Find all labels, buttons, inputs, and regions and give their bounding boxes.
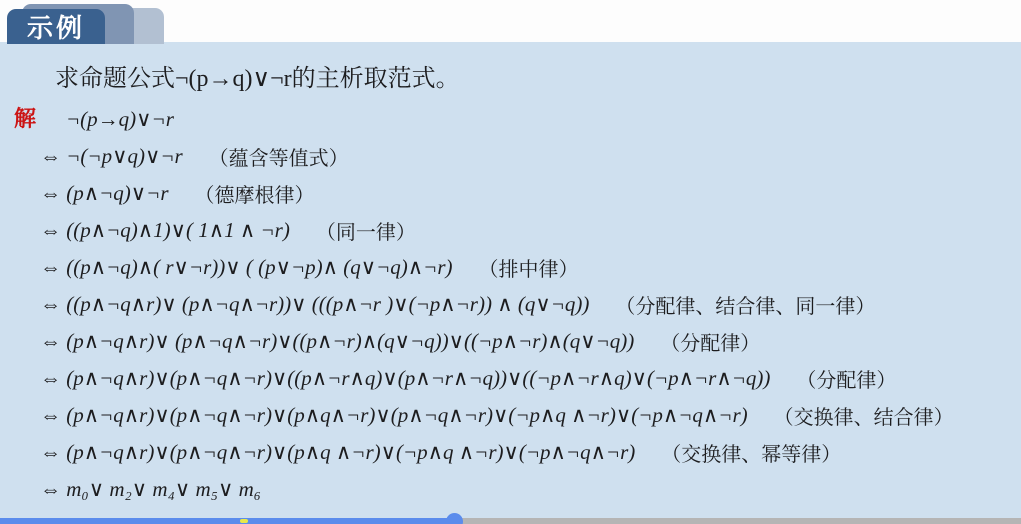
step-law-annotation: （蕴含等值式）	[209, 142, 349, 171]
step-formula: ⇔ ((p∧¬q)∧( r∨¬r))∨ ( (p∨¬p)∧ (q∨¬q)∧¬r)	[40, 255, 453, 280]
step-law-annotation: （分配律）	[660, 327, 760, 356]
progress-fill	[0, 518, 454, 524]
step-formula: ⇔ ((p∧¬q)∧1)∨( 1∧1 ∧ ¬r)	[40, 218, 290, 243]
step-law-annotation: （德摩根律）	[195, 179, 315, 208]
derivation-steps: ⇔ ¬(¬p∨q)∨¬r （蕴含等值式） ⇔ (p∧¬q)∨¬r （德摩根律） …	[0, 138, 1021, 508]
step-formula: ⇔ (p∧¬q∧r)∨(p∧¬q∧¬r)∨((p∧¬r∧q)∨(p∧¬r∧¬q)…	[40, 366, 770, 391]
step-formula: ⇔ (p∧¬q∧r)∨(p∧¬q∧¬r)∨(p∧q ∧¬r)∨(¬p∧q ∧¬r…	[40, 440, 635, 465]
solution-label: 解	[14, 102, 36, 133]
slide-title: 示例	[27, 8, 85, 45]
step-law-annotation: （交换律、幂等律）	[661, 438, 841, 467]
step-law-annotation: （排中律）	[479, 253, 579, 282]
derivation-step: ⇔ ¬(¬p∨q)∨¬r （蕴含等值式）	[0, 138, 1021, 175]
slide: 示例 求命题公式¬(p→q)∨¬r的主析取范式。 解 ¬(p→q)∨¬r ⇔ ¬…	[0, 0, 1021, 524]
progress-marker	[240, 519, 248, 523]
solution-initial-formula: ¬(p→q)∨¬r	[66, 107, 174, 132]
slide-body: 求命题公式¬(p→q)∨¬r的主析取范式。 解 ¬(p→q)∨¬r ⇔ ¬(¬p…	[0, 42, 1021, 524]
derivation-step: ⇔ (p∧¬q∧r)∨(p∧¬q∧¬r)∨(p∧q∧¬r)∨(p∧¬q∧¬r)∨…	[0, 397, 1021, 434]
derivation-step: ⇔ ((p∧¬q)∧( r∨¬r))∨ ( (p∨¬p)∧ (q∨¬q)∧¬r)…	[0, 249, 1021, 286]
step-law-annotation: （交换律、结合律）	[774, 401, 954, 430]
step-formula: ⇔ ((p∧¬q∧r)∨ (p∧¬q∧¬r))∨ (((p∧¬r )∨(¬p∧¬…	[40, 292, 589, 317]
derivation-step: ⇔ (p∧¬q∧r)∨ (p∧¬q∧¬r)∨((p∧¬r)∧(q∨¬q))∨((…	[0, 323, 1021, 360]
derivation-step: ⇔ ((p∧¬q∧r)∨ (p∧¬q∧¬r))∨ (((p∧¬r )∨(¬p∧¬…	[0, 286, 1021, 323]
derivation-step: ⇔ ((p∧¬q)∧1)∨( 1∧1 ∧ ¬r) （同一律）	[0, 212, 1021, 249]
derivation-step: ⇔ (p∧¬q∧r)∨(p∧¬q∧¬r)∨(p∧q ∧¬r)∨(¬p∧q ∧¬r…	[0, 434, 1021, 471]
derivation-step: ⇔ m₀∨ m₂∨ m₄∨ m₅∨ m₆	[0, 471, 1021, 508]
problem-statement: 求命题公式¬(p→q)∨¬r的主析取范式。	[55, 58, 1021, 93]
step-law-annotation: （分配律）	[796, 364, 896, 393]
step-law-annotation: （同一律）	[316, 216, 416, 245]
step-formula: ⇔ (p∧¬q∧r)∨ (p∧¬q∧¬r)∨((p∧¬r)∧(q∨¬q))∨((…	[40, 329, 634, 354]
derivation-step: ⇔ (p∧¬q)∨¬r （德摩根律）	[0, 175, 1021, 212]
step-law-annotation: （分配律、结合律、同一律）	[615, 290, 875, 319]
step-formula: ⇔ (p∧¬q∧r)∨(p∧¬q∧¬r)∨(p∧q∧¬r)∨(p∧¬q∧¬r)∨…	[40, 403, 748, 428]
step-formula: ⇔ (p∧¬q)∨¬r	[40, 181, 169, 206]
step-formula: ⇔ m₀∨ m₂∨ m₄∨ m₅∨ m₆	[40, 477, 261, 502]
video-progress-bar[interactable]	[0, 518, 1021, 524]
solution-row: 解 ¬(p→q)∨¬r	[0, 102, 1021, 136]
slide-title-tab: 示例	[7, 9, 105, 44]
derivation-step: ⇔ (p∧¬q∧r)∨(p∧¬q∧¬r)∨((p∧¬r∧q)∨(p∧¬r∧¬q)…	[0, 360, 1021, 397]
step-formula: ⇔ ¬(¬p∨q)∨¬r	[40, 144, 183, 169]
